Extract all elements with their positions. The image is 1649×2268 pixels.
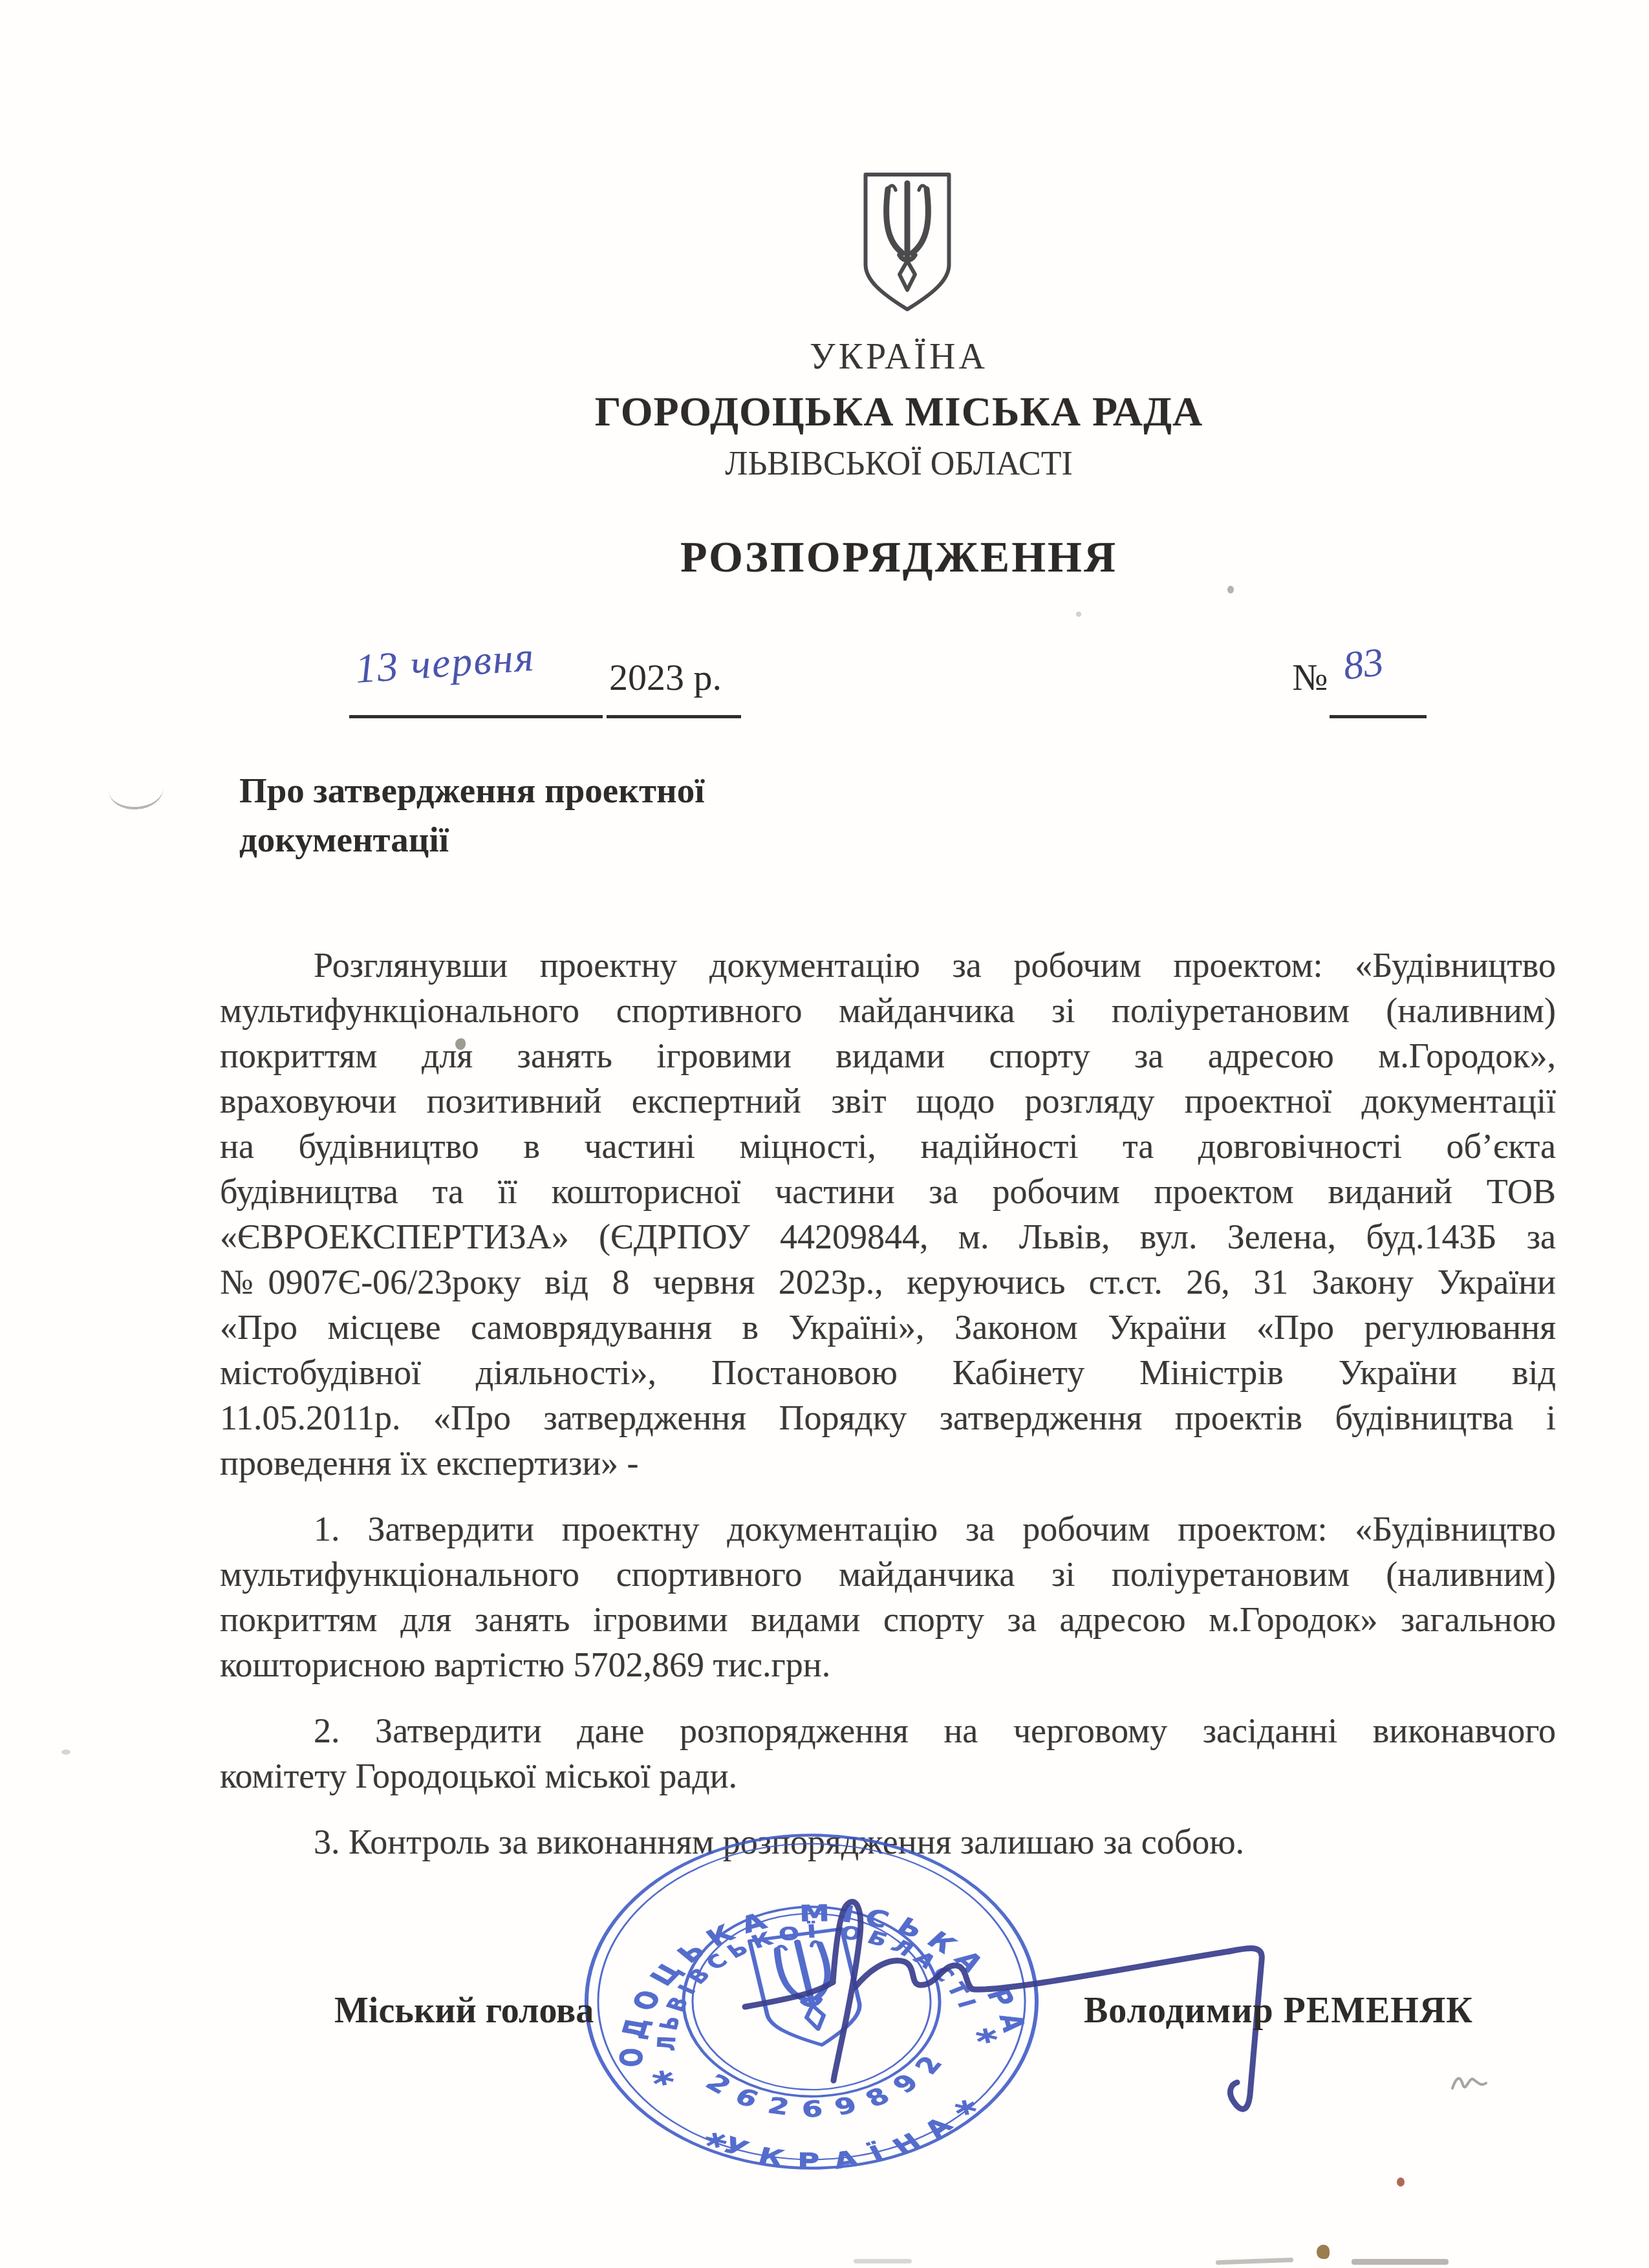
item-2-paragraph: 2. Затвердити дане розпорядження на черг…: [220, 1708, 1556, 1799]
body-line: покриттям для занять ігровими видами спо…: [220, 1033, 1556, 1078]
handwritten-date: 13 червня: [354, 633, 537, 693]
stamp-star-left: *: [649, 2065, 679, 2102]
body-line: 2. Затвердити дане розпорядження на черг…: [220, 1708, 1556, 1753]
subject-line-2: документації: [239, 815, 1015, 864]
scan-artifact-streak: [1352, 2259, 1449, 2265]
scan-artifact-streak: [1216, 2258, 1293, 2265]
item-1-paragraph: 1. Затвердити проектну документацію за р…: [220, 1506, 1556, 1687]
scan-artifact-speck: [1076, 612, 1081, 617]
scan-artifact-curve: [107, 774, 164, 811]
scanned-document-page: УКРАЇНА ГОРОДОЦЬКА МІСЬКА РАДА ЛЬВІВСЬКО…: [0, 0, 1649, 2268]
preamble-paragraph: Розглянувши проектну документацію за роб…: [220, 943, 1556, 1486]
body-line: №0907Є-06/23року від 8 червня 2023р., ке…: [220, 1259, 1556, 1305]
scan-artifact-speck: [61, 1749, 70, 1755]
number-underline: [1330, 715, 1427, 718]
body-line: будівництва та її кошторисної частини за…: [220, 1169, 1556, 1214]
body-line: «ЄВРОЕКСПЕРТИЗА» (ЄДРПОУ 44209844, м. Ль…: [220, 1214, 1556, 1259]
scan-artifact-squiggle: [1450, 2069, 1489, 2095]
body-line: «Про місцеве самоврядування в Україні», …: [220, 1305, 1556, 1350]
signer-name: Володимир РЕМЕНЯК: [1084, 1990, 1473, 2031]
document-type-title: РОЗПОРЯДЖЕННЯ: [149, 531, 1649, 583]
number-label: №: [1292, 656, 1328, 699]
date-underline: [349, 715, 603, 718]
year-underline: [607, 715, 741, 718]
subject-heading: Про затвердження проектної документації: [239, 766, 1015, 864]
coat-of-arms-trident-icon: [859, 169, 956, 316]
scan-artifact-speck: [1227, 586, 1234, 594]
body-line: 1. Затвердити проектну документацію за р…: [220, 1506, 1556, 1552]
body-line: Розглянувши проектну документацію за роб…: [220, 943, 1556, 988]
body-line: покриттям для занять ігровими видами спо…: [220, 1597, 1556, 1642]
subject-line-1: Про затвердження проектної: [239, 766, 1015, 815]
body-line: мультифункціонального спортивного майдан…: [220, 1552, 1556, 1597]
body-line: на будівництво в частині міцності, надій…: [220, 1124, 1556, 1169]
header-region: ЛЬВІВСЬКОЇ ОБЛАСТІ: [149, 445, 1649, 483]
header-country: УКРАЇНА: [149, 336, 1649, 378]
signer-position-title: Міський голова: [334, 1990, 594, 2031]
printed-year: 2023 р.: [609, 656, 722, 699]
body-line: проведення їх експертизи» -: [220, 1440, 1556, 1486]
body-line: містобудівної діяльності», Постановою Ка…: [220, 1350, 1556, 1395]
body-line: комітету Городоцької міської ради.: [220, 1753, 1556, 1799]
body-line: 11.05.2011р. «Про затвердження Порядку з…: [220, 1395, 1556, 1440]
scan-artifact-speck: [1317, 2245, 1330, 2259]
body-line: мультифункціонального спортивного майдан…: [220, 988, 1556, 1033]
body-line: враховуючи позитивний експертний звіт що…: [220, 1078, 1556, 1124]
document-body: Розглянувши проектну документацію за роб…: [220, 943, 1556, 1865]
handwritten-number: 83: [1341, 639, 1386, 690]
scan-artifact-speck: [1397, 2177, 1405, 2187]
scan-artifact-streak: [854, 2259, 912, 2263]
header-council-name: ГОРОДОЦЬКА МІСЬКА РАДА: [149, 388, 1649, 436]
body-line: кошторисною вартістю 5702,869 тис.грн.: [220, 1642, 1556, 1687]
